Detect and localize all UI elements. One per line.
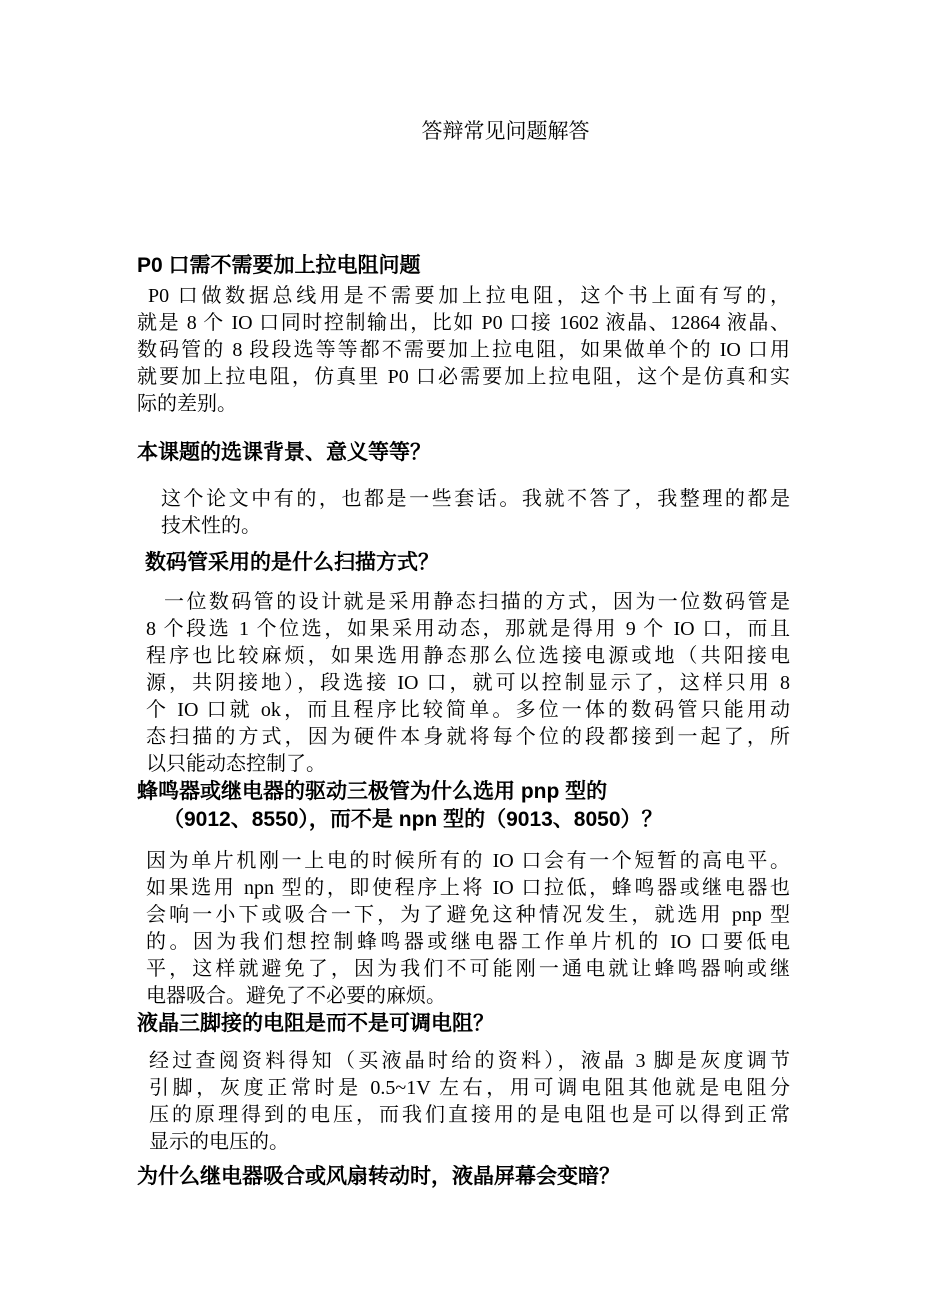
answer-paragraph-line: P0 口做数据总线用是不需要加上拉电阻，这个书上面有写的， (137, 283, 790, 310)
answer-paragraph-line: 引脚，灰度正常时是 0.5~1V 左右，用可调电阻其他就是电阻分 (149, 1075, 790, 1102)
answer-paragraph-line: 程序也比较麻烦，如果选用静态那么位选接电源或地（共阳接电 (146, 643, 790, 670)
question-heading-line: （9012、8550），而不是 npn 型的（9013、8050）？ (137, 806, 790, 834)
answer-paragraph: 一位数码管的设计就是采用静态扫描的方式，因为一位数码管是8 个段选 1 个位选，… (146, 589, 790, 778)
answer-paragraph-line: 个 IO 口就 ok，而且程序比较简单。多位一体的数码管只能用动 (146, 697, 790, 724)
document-body: P0 口需不需要加上拉电阻问题P0 口做数据总线用是不需要加上拉电阻，这个书上面… (137, 252, 790, 1191)
answer-paragraph-line: 一位数码管的设计就是采用静态扫描的方式，因为一位数码管是 (146, 589, 790, 616)
question-heading-line: 蜂鸣器或继电器的驱动三极管为什么选用 pnp 型的 (137, 778, 790, 806)
answer-paragraph-line: 会响一小下或吸合一下，为了避免这种情况发生，就选用 pnp 型 (146, 902, 790, 929)
question-heading: P0 口需不需要加上拉电阻问题 (137, 252, 790, 280)
answer-paragraph-line: 这个论文中有的，也都是一些套话。我就不答了，我整理的都是 (161, 486, 790, 513)
answer-paragraph-line: 平，这样就避免了，因为我们不可能刚一通电就让蜂鸣器响或继 (146, 956, 790, 983)
qa-section: 为什么继电器吸合或风扇转动时，液晶屏幕会变暗？ (137, 1163, 790, 1191)
question-heading-line: 本课题的选课背景、意义等等？ (137, 439, 790, 467)
answer-paragraph-line: 显示的电压的。 (149, 1129, 790, 1156)
answer-paragraph-line: 8 个段选 1 个位选，如果采用动态，那就是得用 9 个 IO 口，而且 (146, 616, 790, 643)
question-heading-line: 液晶三脚接的电阻是而不是可调电阻？ (137, 1010, 790, 1038)
question-heading: 蜂鸣器或继电器的驱动三极管为什么选用 pnp 型的（9012、8550），而不是… (137, 778, 790, 834)
question-heading-line: P0 口需不需要加上拉电阻问题 (137, 252, 790, 280)
answer-paragraph-line: 因为单片机刚一上电的时候所有的 IO 口会有一个短暂的高电平。 (146, 848, 790, 875)
answer-paragraph: 这个论文中有的，也都是一些套话。我就不答了，我整理的都是技术性的。 (161, 486, 790, 540)
answer-paragraph-line: 数码管的 8 段段选等等都不需要加上拉电阻，如果做单个的 IO 口用 (137, 337, 790, 364)
answer-paragraph: P0 口做数据总线用是不需要加上拉电阻，这个书上面有写的，就是 8 个 IO 口… (137, 283, 790, 418)
question-heading: 为什么继电器吸合或风扇转动时，液晶屏幕会变暗？ (137, 1163, 790, 1191)
answer-paragraph-line: 经过查阅资料得知（买液晶时给的资料），液晶 3 脚是灰度调节 (149, 1048, 790, 1075)
answer-paragraph-line: 如果选用 npn 型的，即使程序上将 IO 口拉低，蜂鸣器或继电器也 (146, 875, 790, 902)
answer-paragraph-line: 源，共阴接地），段选接 IO 口，就可以控制显示了，这样只用 8 (146, 670, 790, 697)
question-heading-line: 数码管采用的是什么扫描方式？ (145, 549, 790, 577)
document-page: 答辩常见问题解答 P0 口需不需要加上拉电阻问题P0 口做数据总线用是不需要加上… (137, 0, 790, 1191)
answer-paragraph-line: 就是 8 个 IO 口同时控制输出，比如 P0 口接 1602 液晶、12864… (137, 310, 790, 337)
qa-section: 数码管采用的是什么扫描方式？一位数码管的设计就是采用静态扫描的方式，因为一位数码… (137, 549, 790, 778)
qa-section: 蜂鸣器或继电器的驱动三极管为什么选用 pnp 型的（9012、8550），而不是… (137, 778, 790, 1010)
answer-paragraph-line: 电器吸合。避免了不必要的麻烦。 (146, 983, 790, 1010)
answer-paragraph-line: 态扫描的方式，因为硬件本身就将每个位的段都接到一起了，所 (146, 724, 790, 751)
question-heading: 液晶三脚接的电阻是而不是可调电阻？ (137, 1010, 790, 1038)
answer-paragraph-line: 压的原理得到的电压，而我们直接用的是电阻也是可以得到正常 (149, 1102, 790, 1129)
question-heading: 数码管采用的是什么扫描方式？ (145, 549, 790, 577)
qa-section: P0 口需不需要加上拉电阻问题P0 口做数据总线用是不需要加上拉电阻，这个书上面… (137, 252, 790, 418)
qa-section: 液晶三脚接的电阻是而不是可调电阻？经过查阅资料得知（买液晶时给的资料），液晶 3… (137, 1010, 790, 1156)
answer-paragraph-line: 技术性的。 (161, 513, 790, 540)
answer-paragraph-line: 际的差别。 (137, 391, 790, 418)
question-heading: 本课题的选课背景、意义等等？ (137, 439, 790, 467)
question-heading-line: 为什么继电器吸合或风扇转动时，液晶屏幕会变暗？ (137, 1163, 790, 1191)
answer-paragraph-line: 以只能动态控制了。 (146, 751, 790, 778)
qa-section: 本课题的选课背景、意义等等？这个论文中有的，也都是一些套话。我就不答了，我整理的… (137, 439, 790, 540)
answer-paragraph: 因为单片机刚一上电的时候所有的 IO 口会有一个短暂的高电平。如果选用 npn … (146, 848, 790, 1010)
document-title: 答辩常见问题解答 (137, 118, 790, 145)
answer-paragraph-line: 就要加上拉电阻，仿真里 P0 口必需要加上拉电阻，这个是仿真和实 (137, 364, 790, 391)
answer-paragraph-line: 的。因为我们想控制蜂鸣器或继电器工作单片机的 IO 口要低电 (146, 929, 790, 956)
answer-paragraph: 经过查阅资料得知（买液晶时给的资料），液晶 3 脚是灰度调节引脚，灰度正常时是 … (149, 1048, 790, 1156)
